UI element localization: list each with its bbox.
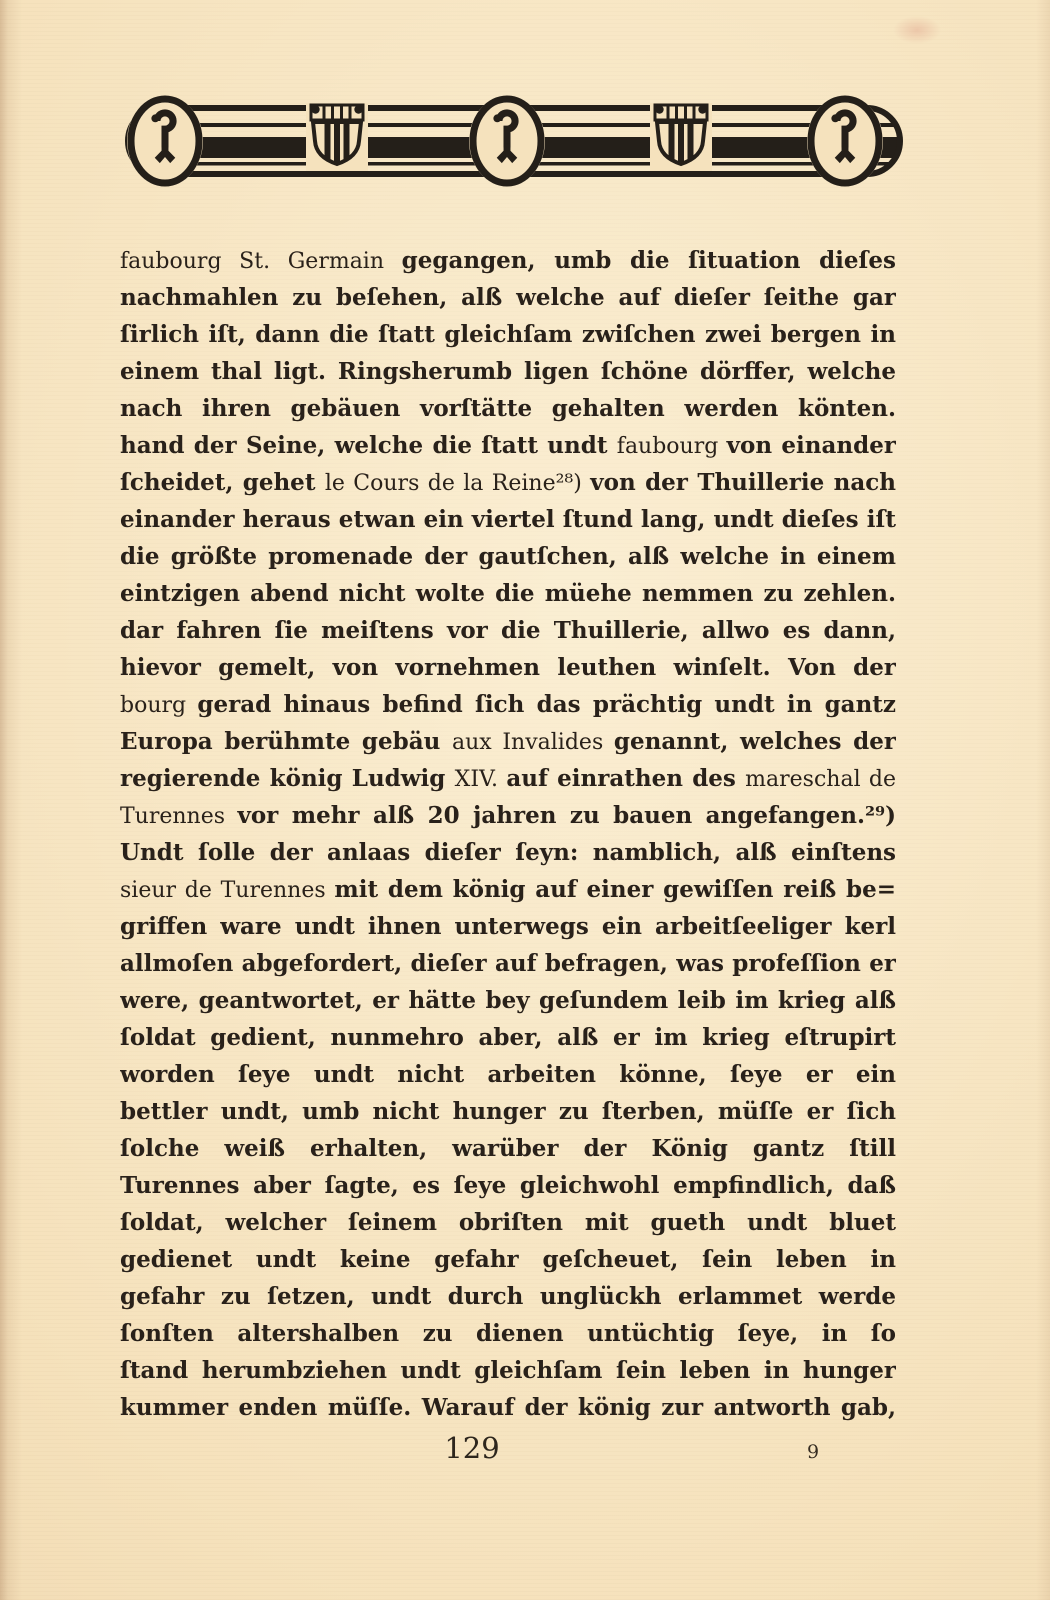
fraktur-text-segment: bettler undt, umb nicht hunger zu ſterbe… xyxy=(120,1098,896,1130)
fraktur-text-segment: dar fahren ſie meiſtens vor die Thuiller… xyxy=(120,617,896,649)
fraktur-text-segment: ſirlich iſt, dann die ſtatt gleichſam zw… xyxy=(120,321,896,348)
fraktur-text-segment: gefahr zu ſetzen, undt durch unglückh er… xyxy=(120,1283,896,1315)
roman-text-segment: sieur de Turennes xyxy=(120,878,334,903)
fraktur-text-segment: worden ſeye undt nicht arbeiten könne, ſ… xyxy=(120,1061,896,1093)
roman-text-segment: bourg xyxy=(120,693,197,718)
fraktur-text-segment: allmoſen abgefordert, dieſer auf befrage… xyxy=(120,950,896,977)
text-line: allmoſen abgefordert, dieſer auf befrage… xyxy=(120,945,896,982)
text-line: gedienet undt keine gefahr geſcheuet, ſe… xyxy=(120,1241,896,1278)
text-line: regierende könig Ludwig XIV. auf einrath… xyxy=(120,760,896,797)
text-block: faubourg St. Germain gegangen, umb die ſ… xyxy=(120,242,896,1426)
text-line: ſonſten altershalben zu dienen untüchtig… xyxy=(120,1315,896,1352)
text-line: ſoldat, welcher ſeinem obriſten mit guet… xyxy=(120,1204,896,1241)
text-line: hand der Seine, welche die ſtatt undt fa… xyxy=(120,427,896,464)
text-line: einem thal ligt. Ringsherumb ligen ſchön… xyxy=(120,353,896,390)
fluted-shield-icon xyxy=(306,103,368,171)
book-page: faubourg St. Germain gegangen, umb die ſ… xyxy=(0,0,1050,1600)
fraktur-text-segment: die größte promenade der gautſchen, alß … xyxy=(120,543,896,570)
fraktur-text-segment: hievor gemelt, von vornehmen leuthen win… xyxy=(120,654,896,681)
fraktur-text-segment: Europa berühmte gebäu xyxy=(120,728,452,755)
roman-text-segment: faubourg St. Germain xyxy=(120,249,402,274)
roman-text-segment: aux Invalides xyxy=(452,730,614,755)
text-line: ſcheidet, gehet le Cours de la Reine²⁸) … xyxy=(120,464,896,501)
fraktur-text-segment: auf einrathen des xyxy=(506,765,745,792)
text-line: gefahr zu ſetzen, undt durch unglückh er… xyxy=(120,1278,896,1315)
text-line: faubourg St. Germain gegangen, umb die ſ… xyxy=(120,242,896,279)
fraktur-text-segment: ſoldat, welcher ſeinem obriſten mit guet… xyxy=(120,1209,896,1241)
text-line: eintzigen abend nicht wolte die müehe ne… xyxy=(120,575,896,612)
signature-mark: 9 xyxy=(798,1438,828,1466)
fluted-shield-icon xyxy=(650,103,712,171)
fraktur-text-segment: vor mehr alß 20 jahren zu bauen angefang… xyxy=(237,802,896,829)
text-line: worden ſeye undt nicht arbeiten könne, ſ… xyxy=(120,1056,896,1093)
text-line: were, geantwortet, er hätte bey geſundem… xyxy=(120,982,896,1019)
fraktur-text-segment: einander heraus etwan ein viertel ſtund … xyxy=(120,506,896,533)
basel-staff-icon xyxy=(469,96,545,186)
text-line: Europa berühmte gebäu aux Invalides gena… xyxy=(120,723,896,760)
page-number: 129 xyxy=(428,1428,516,1468)
roman-text-segment: le Cours de la Reine²⁸) xyxy=(325,471,590,496)
fraktur-text-segment: regierende könig Ludwig xyxy=(120,765,455,792)
fraktur-text-segment: nachmahlen zu beſehen, alß welche auf di… xyxy=(120,284,896,316)
text-line: bourg gerad hinaus befind ſich das präch… xyxy=(120,686,896,723)
fraktur-text-segment: were, geantwortet, er hätte bey geſundem… xyxy=(120,987,896,1014)
roman-text-segment: XIV. xyxy=(455,767,507,792)
fraktur-text-segment: ſtand herumbziehen undt gleichſam ſein l… xyxy=(120,1357,896,1389)
fraktur-text-segment: Undt ſolle der anlaas dieſer ſeyn: nambl… xyxy=(120,839,896,866)
text-line: hievor gemelt, von vornehmen leuthen win… xyxy=(120,649,896,686)
text-line: ſolche weiß erhalten, warüber der König … xyxy=(120,1130,896,1167)
text-line: nach ihren gebäuen vorſtätte gehalten we… xyxy=(120,390,896,427)
text-line: sieur de Turennes mit dem könig auf eine… xyxy=(120,871,896,908)
header-ornament xyxy=(118,92,910,192)
text-line: ſoldat gedient, nunmehro aber, alß er im… xyxy=(120,1019,896,1056)
fraktur-text-segment: einem thal ligt. Ringsherumb ligen ſchön… xyxy=(120,358,896,385)
text-line: kummer enden müſſe. Warauf der könig zur… xyxy=(120,1389,896,1426)
text-line: nachmahlen zu beſehen, alß welche auf di… xyxy=(120,279,896,316)
fraktur-text-segment: ſoldat gedient, nunmehro aber, alß er im… xyxy=(120,1024,896,1051)
fraktur-text-segment: von einander xyxy=(727,432,896,459)
text-line: die größte promenade der gautſchen, alß … xyxy=(120,538,896,575)
fraktur-text-segment: nach ihren gebäuen vorſtätte gehalten we… xyxy=(120,395,896,427)
text-line: ſirlich iſt, dann die ſtatt gleichſam zw… xyxy=(120,316,896,353)
fraktur-text-segment: griffen ware undt ihnen unterwegs ein ar… xyxy=(120,913,896,945)
fraktur-text-segment: Turennes aber ſagte, es ſeye gleichwohl … xyxy=(120,1172,896,1204)
roman-text-segment: faubourg xyxy=(617,434,727,459)
basel-staff-icon xyxy=(127,96,203,186)
fraktur-text-segment: gerad hinaus befind ſich das prächtig un… xyxy=(197,691,896,718)
text-line: Turennes vor mehr alß 20 jahren zu bauen… xyxy=(120,797,896,834)
text-line: bettler undt, umb nicht hunger zu ſterbe… xyxy=(120,1093,896,1130)
text-line: Undt ſolle der anlaas dieſer ſeyn: nambl… xyxy=(120,834,896,871)
text-line: Turennes aber ſagte, es ſeye gleichwohl … xyxy=(120,1167,896,1204)
fraktur-text-segment: hand der Seine, welche die ſtatt undt xyxy=(120,432,617,459)
fraktur-text-segment: gedienet undt keine gefahr geſcheuet, ſe… xyxy=(120,1246,896,1278)
fraktur-text-segment: ſonſten altershalben zu dienen untüchtig… xyxy=(120,1320,896,1352)
basel-staff-icon xyxy=(807,96,883,186)
fraktur-text-segment: ſolche weiß erhalten, warüber der König … xyxy=(120,1135,896,1167)
fraktur-text-segment: kummer enden müſſe. Warauf der könig zur… xyxy=(120,1394,896,1421)
fraktur-text-segment: eintzigen abend nicht wolte die müehe ne… xyxy=(120,580,896,612)
text-line: griffen ware undt ihnen unterwegs ein ar… xyxy=(120,908,896,945)
text-line: dar fahren ſie meiſtens vor die Thuiller… xyxy=(120,612,896,649)
fraktur-text-segment: von der Thuillerie nach xyxy=(590,469,896,496)
text-line: einander heraus etwan ein viertel ſtund … xyxy=(120,501,896,538)
text-line: ſtand herumbziehen undt gleichſam ſein l… xyxy=(120,1352,896,1389)
paper-stain xyxy=(893,16,941,44)
fraktur-text-segment: mit dem könig auf einer gewiſſen reiß be… xyxy=(334,876,896,903)
fraktur-text-segment: ſcheidet, gehet xyxy=(120,469,325,496)
roman-text-segment: mareschal de xyxy=(745,767,896,792)
roman-text-segment: Turennes xyxy=(120,804,237,829)
